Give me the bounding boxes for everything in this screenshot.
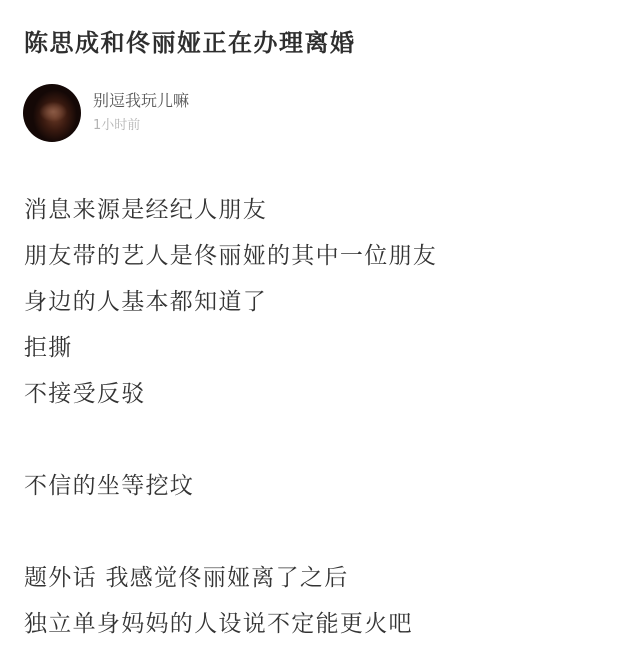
body-line: 消息来源是经纪人朋友 [24,187,624,233]
body-line: 题外话 我感觉佟丽娅离了之后 [24,555,624,601]
body-line: 身边的人基本都知道了 [24,279,624,325]
post-title: 陈思成和佟丽娅正在办理离婚 [24,26,356,60]
body-line: 独立单身妈妈的人设说不定能更火吧 [24,601,624,647]
post-timestamp: 1小时前 [93,116,189,136]
author-meta: 别逗我玩儿嘛 1小时前 [93,90,189,136]
user-avatar-icon[interactable] [23,84,81,142]
author-name[interactable]: 别逗我玩儿嘛 [93,90,189,112]
body-line: 不接受反驳 [24,371,624,417]
body-line: 不信的坐等挖坟 [24,463,624,509]
post-body: 消息来源是经纪人朋友 朋友带的艺人是佟丽娅的其中一位朋友 身边的人基本都知道了 … [24,187,624,647]
body-line: 朋友带的艺人是佟丽娅的其中一位朋友 [24,233,624,279]
body-blank-line [24,417,624,463]
body-line: 拒撕 [24,325,624,371]
post-card: 陈思成和佟丽娅正在办理离婚 别逗我玩儿嘛 1小时前 消息来源是经纪人朋友 朋友带… [0,0,640,651]
body-blank-line [24,509,624,555]
author-block[interactable]: 别逗我玩儿嘛 1小时前 [23,83,189,143]
